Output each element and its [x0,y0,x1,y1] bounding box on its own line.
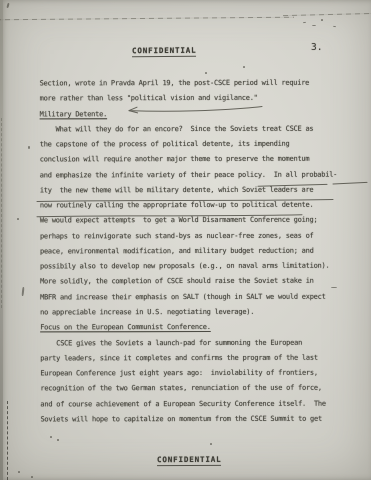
text-line: What will they do for an encore? Since t… [40,121,360,137]
section-heading-military-detente: Military Detente. [40,106,360,122]
text-line: Soviets will hope to capitalize on momen… [40,411,360,427]
speckle [22,287,24,296]
speckle [205,72,207,74]
text-line: now routinely calling the appropriate fo… [40,198,360,214]
text-line: perhaps to reinvigorate such stand-bys a… [40,228,360,244]
document-body: Section, wrote in Pravda April 19, the p… [40,76,361,428]
speckle [50,436,52,438]
text-line: MBFR and increase their emphasis on SALT… [40,289,360,305]
scanned-document-page: CONFIDENTIAL 3. Section, wrote in Pravda… [0,0,371,480]
scan-edge-dashes [1,118,2,308]
scan-fold-line [0,17,294,21]
speckle [210,443,212,445]
text-line: and of course achievement of a European … [40,396,360,412]
speckle [18,471,20,473]
speckle [312,25,316,26]
text-line: no appreciable increase in U.S. negotiat… [40,305,360,321]
speckle [321,19,323,21]
section-heading-communist-conference: Focus on the European Communist Conferen… [40,320,360,336]
text-line: CSCE gives the Soviets a launch-pad for … [40,335,360,351]
speckle [303,22,306,24]
classification-stamp-bottom: CONFIDENTIAL [157,455,222,466]
speckle [6,3,9,8]
text-line: more rather than less "political vision … [40,91,360,107]
speckle [31,476,33,478]
text-line: and emphasize the infinite variety of th… [40,167,360,183]
text-line: the capstone of the process of political… [40,137,360,153]
speckle [57,439,59,441]
text-line: More solidly, the completion of CSCE sho… [40,274,360,290]
classification-stamp-top: CONFIDENTIAL [132,46,197,57]
text-line: possibily also to develop new proposals … [40,259,360,275]
speckle [28,146,30,149]
text-line: recognition of the two German states, re… [40,381,360,397]
text-line: conclusion will require another major th… [40,152,360,168]
scan-fold-line [283,13,371,16]
text-line: ity the new theme will be military deten… [40,182,360,198]
text-line: party leaders, since it completes and co… [40,350,360,366]
margin-pen-mark [7,401,8,480]
page-number: 3. [311,42,322,53]
text-line: We would expect attempts to get a World … [40,213,360,229]
speckle [17,218,19,220]
text-line: peace, environmental modification, and m… [40,244,360,260]
speckle [333,26,336,28]
text-line: European Conference just eight years ago… [40,366,360,382]
text-line: Section, wrote in Pravda April 19, the p… [40,76,360,92]
speckle [243,66,245,68]
